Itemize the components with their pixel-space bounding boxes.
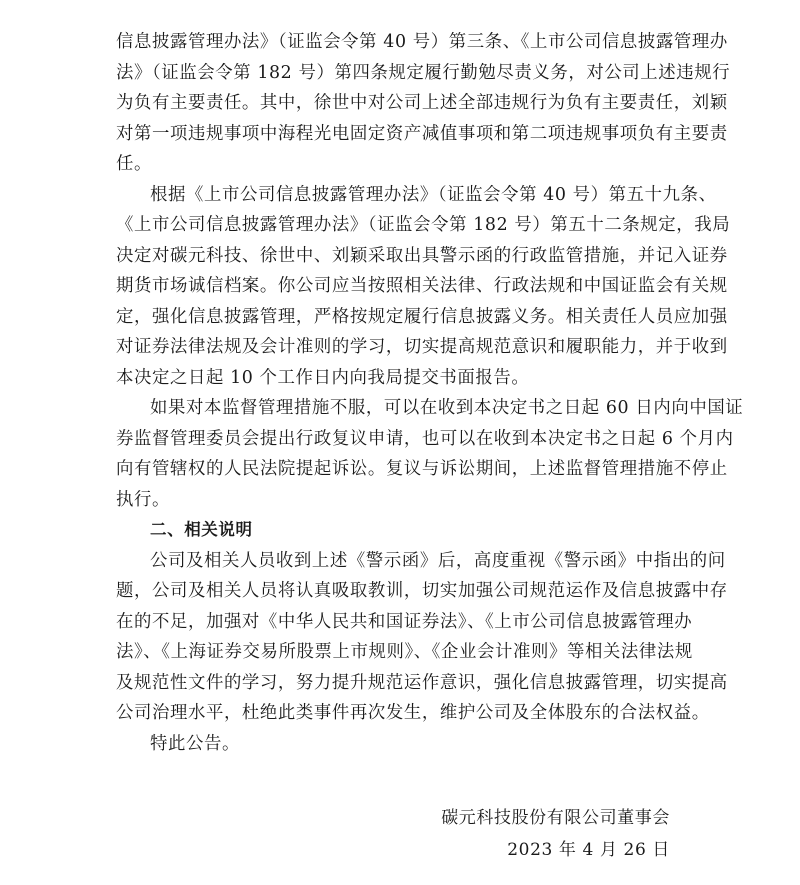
signature-company: 碳元科技股份有限公司董事会 bbox=[441, 806, 670, 830]
paragraph-responsibility: 信息披露管理办法》（证监会令第 40 号）第三条、《上市公司信息披露管理办 法》… bbox=[116, 27, 684, 180]
section-heading: 二、相关说明 bbox=[116, 515, 684, 546]
paragraph-explanation: 公司及相关人员收到上述《警示函》后，高度重视《警示函》中指出的问 题，公司及相关… bbox=[116, 546, 684, 729]
closing-statement: 特此公告。 bbox=[116, 729, 684, 760]
text-line: 及规范性文件的学习，努力提升规范运作意识，强化信息披露管理，切实提高 bbox=[116, 668, 684, 699]
text-line: 信息披露管理办法》（证监会令第 40 号）第三条、《上市公司信息披露管理办 bbox=[116, 27, 684, 58]
text-line: 任。 bbox=[116, 149, 684, 180]
text-line: 法》（证监会令第 182 号）第四条规定履行勤勉尽责义务，对公司上述违规行 bbox=[116, 58, 684, 89]
text-line: 执行。 bbox=[116, 485, 684, 516]
text-line: 对证券法律法规及会计准则的学习，切实提高规范意识和履职能力，并于收到 bbox=[116, 332, 684, 363]
text-line: 如果对本监督管理措施不服，可以在收到本决定书之日起 60 日内向中国证 bbox=[116, 393, 684, 424]
text-line: 法》、《上海证券交易所股票上市规则》、《企业会计准则》等相关法律法规 bbox=[116, 637, 684, 668]
text-line: 《上市公司信息披露管理办法》（证监会令第 182 号）第五十二条规定，我局 bbox=[116, 210, 684, 241]
text-line: 向有管辖权的人民法院提起诉讼。复议与诉讼期间，上述监督管理措施不停止 bbox=[116, 454, 684, 485]
text-line: 题，公司及相关人员将认真吸取教训，切实加强公司规范运作及信息披露中存 bbox=[116, 576, 684, 607]
text-line: 定，强化信息披露管理，严格按规定履行信息披露义务。相关责任人员应加强 bbox=[116, 302, 684, 333]
text-line: 为负有主要责任。其中，徐世中对公司上述全部违规行为负有主要责任，刘颖 bbox=[116, 88, 684, 119]
text-line: 对第一项违规事项中海程光电固定资产减值事项和第二项违规事项负有主要责 bbox=[116, 119, 684, 150]
text-line: 决定对碳元科技、徐世中、刘颖采取出具警示函的行政监管措施，并记入证券 bbox=[116, 241, 684, 272]
document-body: 信息披露管理办法》（证监会令第 40 号）第三条、《上市公司信息披露管理办 法》… bbox=[116, 27, 684, 759]
text-line: 在的不足，加强对《中华人民共和国证券法》、《上市公司信息披露管理办 bbox=[116, 607, 684, 638]
signature-date: 2023 年 4 月 26 日 bbox=[507, 838, 670, 862]
text-line: 本决定之日起 10 个工作日内向我局提交书面报告。 bbox=[116, 363, 684, 394]
paragraph-appeal: 如果对本监督管理措施不服，可以在收到本决定书之日起 60 日内向中国证 券监督管… bbox=[116, 393, 684, 515]
text-line: 公司治理水平，杜绝此类事件再次发生，维护公司及全体股东的合法权益。 bbox=[116, 698, 684, 729]
text-line: 期货市场诚信档案。你公司应当按照相关法律、行政法规和中国证监会有关规 bbox=[116, 271, 684, 302]
text-line: 根据《上市公司信息披露管理办法》（证监会令第 40 号）第五十九条、 bbox=[116, 180, 684, 211]
paragraph-decision: 根据《上市公司信息披露管理办法》（证监会令第 40 号）第五十九条、 《上市公司… bbox=[116, 180, 684, 394]
text-line: 券监督管理委员会提出行政复议申请，也可以在收到本决定书之日起 6 个月内 bbox=[116, 424, 684, 455]
text-line: 公司及相关人员收到上述《警示函》后，高度重视《警示函》中指出的问 bbox=[116, 546, 684, 577]
